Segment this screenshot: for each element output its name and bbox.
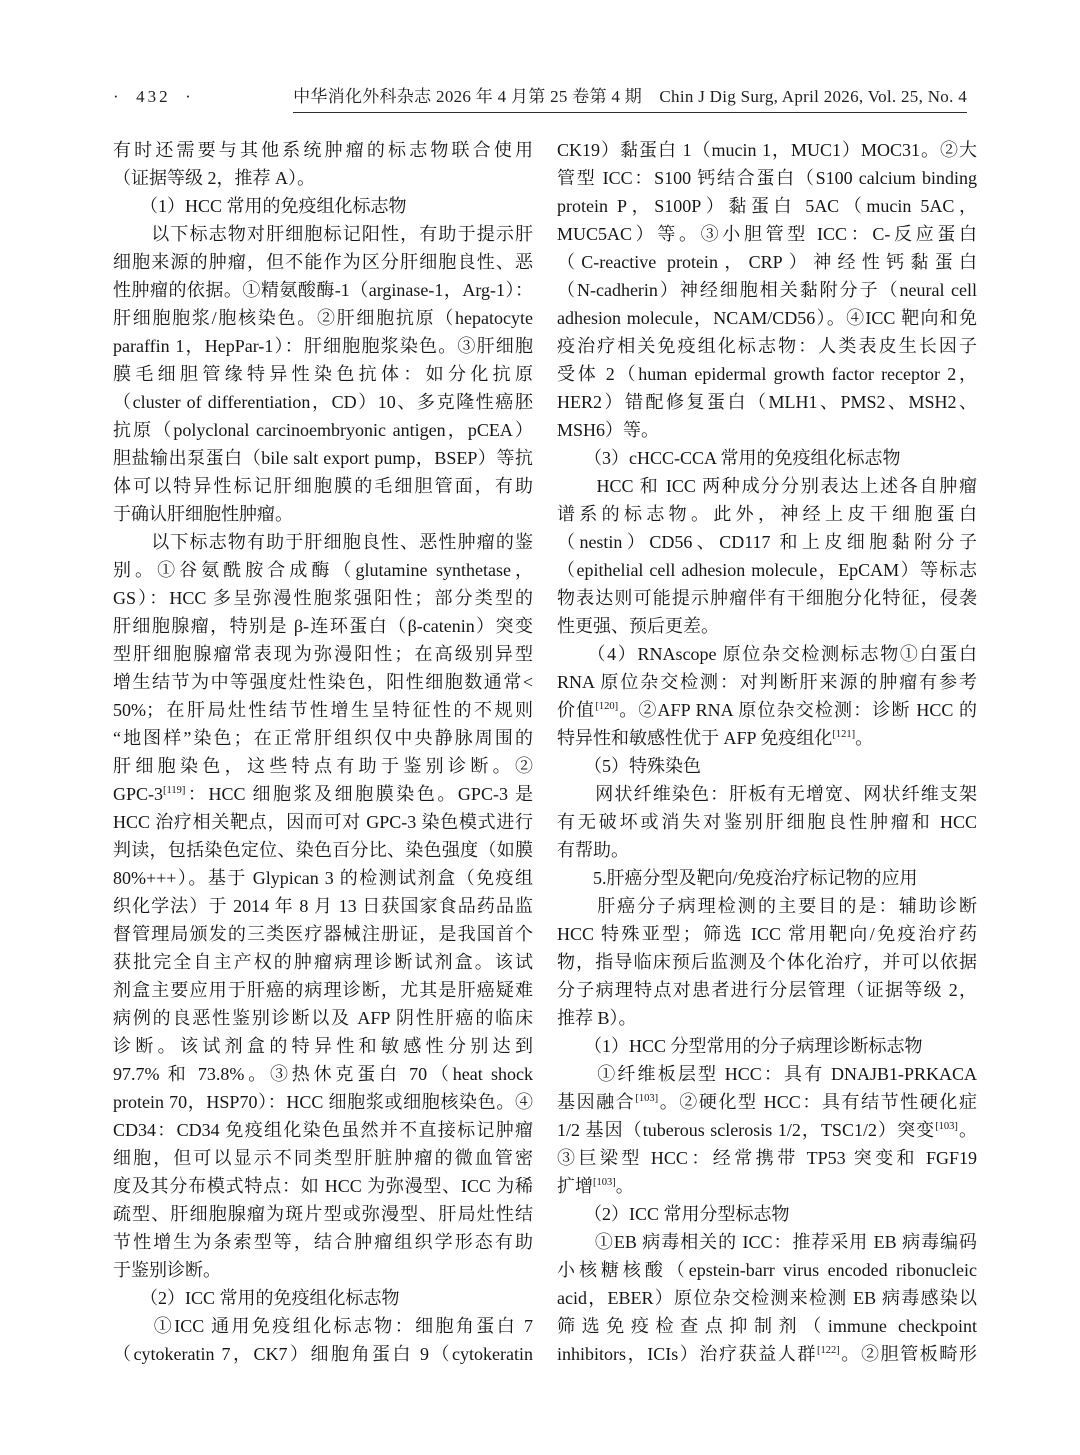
text-line: （1）HCC 分型常用的分子病理诊断标志物 — [557, 1032, 977, 1060]
text-line: protein 70，HSP70）：HCC 细胞浆或细胞核染色。④ — [113, 1088, 533, 1116]
text-line: HCC 和 ICC 两种成分分别表达上述各自肿瘤 — [557, 472, 977, 500]
text-line: （3）cHCC-CCA 常用的免疫组化标志物 — [557, 444, 977, 472]
text-line: RNA 原位杂交检测：对判断肝来源的肿瘤有参考 — [557, 668, 977, 696]
text-line: “地图样”染色；在正常肝组织仅中央静脉周围的 — [113, 724, 533, 752]
text-line: 筛选免疫检查点抑制剂（immune checkpoint — [557, 1312, 977, 1340]
text-line: CK19）黏蛋白 1（mucin 1，MUC1）MOC31。②大胆 — [557, 136, 977, 164]
text-line: 性更强、预后更差。 — [557, 612, 977, 640]
text-line: 肝细胞胞浆/胞核染色。②肝细胞抗原（hepatocyte — [113, 304, 533, 332]
text-line: 胆盐输出泵蛋白（bile salt export pump，BSEP）等抗 — [113, 444, 533, 472]
text-line: 以下标志物有助于肝细胞良性、恶性肿瘤的鉴 — [113, 528, 533, 556]
right-column: CK19）黏蛋白 1（mucin 1，MUC1）MOC31。②大胆管型 ICC：… — [557, 136, 977, 1368]
reference-superscript: [121] — [832, 729, 855, 740]
text-line: 判读，包括染色定位、染色百分比、染色强度（如膜 — [113, 836, 533, 864]
text-line: 疏型、肝细胞腺瘤为斑片型或弥漫型、肝局灶性结 — [113, 1200, 533, 1228]
text-line: 50%；在肝局灶性结节性增生呈特征性的不规则 — [113, 696, 533, 724]
text-line: 物，指导临床预后监测及个体化治疗，并可以依据 — [557, 948, 977, 976]
text-line: 物表达则可能提示肿瘤伴有干细胞分化特征，侵袭 — [557, 584, 977, 612]
text-line: 于确认肝细胞性肿瘤。 — [113, 500, 533, 528]
text-line: MSH6）等。 — [557, 416, 977, 444]
text-line: 肝癌分子病理检测的主要目的是：辅助诊断 — [557, 892, 977, 920]
text-line: inhibitors，ICIs）治疗获益人群[122]。②胆管板畸形 — [557, 1340, 977, 1368]
text-line: 督管理局颁发的三类医疗器械注册证，是我国首个 — [113, 920, 533, 948]
text-line: 有帮助。 — [557, 836, 977, 864]
text-line: CD34：CD34 免疫组化染色虽然并不直接标记肿瘤 — [113, 1116, 533, 1144]
text-line: （1）HCC 常用的免疫组化标志物 — [113, 192, 533, 220]
text-line: MUC5AC）等。③小胆管型 ICC：C-反应蛋白 — [557, 220, 977, 248]
text-line: HCC 治疗相关靶点，因而可对 GPC-3 染色模式进行 — [113, 808, 533, 836]
text-line: （2）ICC 常用的免疫组化标志物 — [113, 1284, 533, 1312]
text-line: 谱系的标志物。此外，神经上皮干细胞蛋白 — [557, 500, 977, 528]
text-line: 诊断。该试剂盒的特异性和敏感性分别达到 — [113, 1032, 533, 1060]
text-line: GS）：HCC 多呈弥漫性胞浆强阳性；部分类型的 — [113, 584, 533, 612]
text-line: （cluster of differentiation，CD）10、多克隆性癌胚 — [113, 388, 533, 416]
page-number: · 432 · — [113, 87, 194, 107]
reference-superscript: [103] — [935, 1121, 958, 1132]
text-line: 97.7% 和 73.8%。③热休克蛋白 70（heat shock — [113, 1060, 533, 1088]
text-line: HCC 特殊亚型；筛选 ICC 常用靶向/免疫治疗药 — [557, 920, 977, 948]
text-line: 织化学法）于 2014 年 8 月 13 日获国家食品药品监 — [113, 892, 533, 920]
text-line: 管型 ICC：S100 钙结合蛋白（S100 calcium binding — [557, 164, 977, 192]
text-line: 剂盒主要应用于肝癌的病理诊断，尤其是肝癌疑难 — [113, 976, 533, 1004]
text-line: 受体 2（human epidermal growth factor recep… — [557, 360, 977, 388]
text-line: 肝细胞腺瘤，特别是 β-连环蛋白（β-catenin）突变 — [113, 612, 533, 640]
page-header: · 432 · 中华消化外科杂志 2026 年 4 月第 25 卷第 4 期 C… — [113, 82, 967, 113]
text-line: ③巨梁型 HCC：经常携带 TP53 突变和 FGF19 — [557, 1144, 977, 1172]
text-line: 推荐 B）。 — [557, 1004, 977, 1032]
text-line: 膜毛细胆管缘特异性染色抗体：如分化抗原 — [113, 360, 533, 388]
text-line: ①ICC 通用免疫组化标志物：细胞角蛋白 7 — [113, 1312, 533, 1340]
reference-superscript: [120] — [595, 701, 618, 712]
text-line: 小核糖核酸（epstein-barr virus encoded ribonuc… — [557, 1256, 977, 1284]
text-line: 病例的良恶性鉴别诊断以及 AFP 阴性肝癌的临床 — [113, 1004, 533, 1032]
text-line: 细胞，但可以显示不同类型肝脏肿瘤的微血管密 — [113, 1144, 533, 1172]
reference-superscript: [122] — [817, 1345, 840, 1356]
text-line: HER2）错配修复蛋白（MLH1、PMS2、MSH2、 — [557, 388, 977, 416]
text-line: （cytokeratin 7，CK7）细胞角蛋白 9（cytokeratin 1… — [113, 1340, 533, 1368]
text-line: （4）RNAscope 原位杂交检测标志物①白蛋白 — [557, 640, 977, 668]
text-line: （nestin）CD56、CD117 和上皮细胞黏附分子 — [557, 528, 977, 556]
text-line: （C-reactive protein，CRP）神经性钙黏蛋白 — [557, 248, 977, 276]
text-line: （2）ICC 常用分型标志物 — [557, 1200, 977, 1228]
text-line: 细胞来源的肿瘤，但不能作为区分肝细胞良性、恶 — [113, 248, 533, 276]
text-line: 有时还需要与其他系统肿瘤的标志物联合使用 — [113, 136, 533, 164]
text-line: ①纤维板层型 HCC：具有 DNAJB1-PRKACA — [557, 1060, 977, 1088]
text-line: adhesion molecule，NCAM/CD56）。④ICC 靶向和免 — [557, 304, 977, 332]
text-line: 基因融合[103]。②硬化型 HCC：具有结节性硬化症 — [557, 1088, 977, 1116]
text-line: （5）特殊染色 — [557, 752, 977, 780]
text-line: （N-cadherin）神经细胞相关黏附分子（neural cell — [557, 276, 977, 304]
text-line: acid，EBER）原位杂交检测来检测 EB 病毒感染以 — [557, 1284, 977, 1312]
text-line: 以下标志物对肝细胞标记阳性，有助于提示肝 — [113, 220, 533, 248]
text-line: 于鉴别诊断。 — [113, 1256, 533, 1284]
text-line: 节性增生为条索型等，结合肿瘤组织学形态有助 — [113, 1228, 533, 1256]
text-line: 获批完全自主产权的肿瘤病理诊断试剂盒。该试 — [113, 948, 533, 976]
text-line: 疫治疗相关免疫组化标志物：人类表皮生长因子 — [557, 332, 977, 360]
reference-superscript: [103] — [635, 1093, 658, 1104]
text-line: （证据等级 2，推荐 A）。 — [113, 164, 533, 192]
text-line: 抗原（polyclonal carcinoembryonic antigen，p… — [113, 416, 533, 444]
journal-title-line: 中华消化外科杂志 2026 年 4 月第 25 卷第 4 期 Chin J Di… — [293, 82, 967, 113]
text-line: 别。①谷氨酰胺合成酶（glutamine synthetase， — [113, 556, 533, 584]
text-line: 有无破坏或消失对鉴别肝细胞良性肿瘤和 HCC — [557, 808, 977, 836]
left-column: 有时还需要与其他系统肿瘤的标志物联合使用（证据等级 2，推荐 A）。 （1）HC… — [113, 136, 533, 1368]
text-line: paraffin 1，HepPar-1）：肝细胞胞浆染色。③肝细胞 — [113, 332, 533, 360]
text-line: 增生结节为中等强度灶性染色，阳性细胞数通常< — [113, 668, 533, 696]
text-line: 度及其分布模式特点：如 HCC 为弥漫型、ICC 为稀 — [113, 1172, 533, 1200]
text-line: 网状纤维染色：肝板有无增宽、网状纤维支架 — [557, 780, 977, 808]
text-line: 型肝细胞腺瘤常表现为弥漫阳性；在高级别异型 — [113, 640, 533, 668]
text-line: 扩增[103]。 — [557, 1172, 977, 1200]
reference-superscript: [103] — [593, 1177, 616, 1188]
text-line: protein P，S100P）黏蛋白 5AC（mucin 5AC， — [557, 192, 977, 220]
journal-page: · 432 · 中华消化外科杂志 2026 年 4 月第 25 卷第 4 期 C… — [0, 0, 1080, 1455]
text-line: 特异性和敏感性优于 AFP 免疫组化[121]。 — [557, 724, 977, 752]
text-line: GPC-3[119]：HCC 细胞浆及细胞膜染色。GPC-3 是 — [113, 780, 533, 808]
text-line: ①EB 病毒相关的 ICC：推荐采用 EB 病毒编码 — [557, 1228, 977, 1256]
text-line: 性肿瘤的依据。①精氨酸酶-1（arginase-1，Arg-1）： — [113, 276, 533, 304]
article-body: 有时还需要与其他系统肿瘤的标志物联合使用（证据等级 2，推荐 A）。 （1）HC… — [113, 136, 977, 1368]
text-line: 肝细胞染色，这些特点有助于鉴别诊断。② — [113, 752, 533, 780]
text-line: 分子病理特点对患者进行分层管理（证据等级 2， — [557, 976, 977, 1004]
text-line: （epithelial cell adhesion molecule，EpCAM… — [557, 556, 977, 584]
text-line: 价值[120]。②AFP RNA 原位杂交检测：诊断 HCC 的 — [557, 696, 977, 724]
text-line: 5.肝癌分型及靶向/免疫治疗标记物的应用 — [557, 864, 977, 892]
reference-superscript: [119] — [163, 785, 185, 796]
text-line: 1/2 基因（tuberous sclerosis 1/2，TSC1/2）突变[… — [557, 1116, 977, 1144]
text-line: 80%+++）。基于 Glypican 3 的检测试剂盒（免疫组 — [113, 864, 533, 892]
text-line: 体可以特异性标记肝细胞膜的毛细胆管面，有助 — [113, 472, 533, 500]
